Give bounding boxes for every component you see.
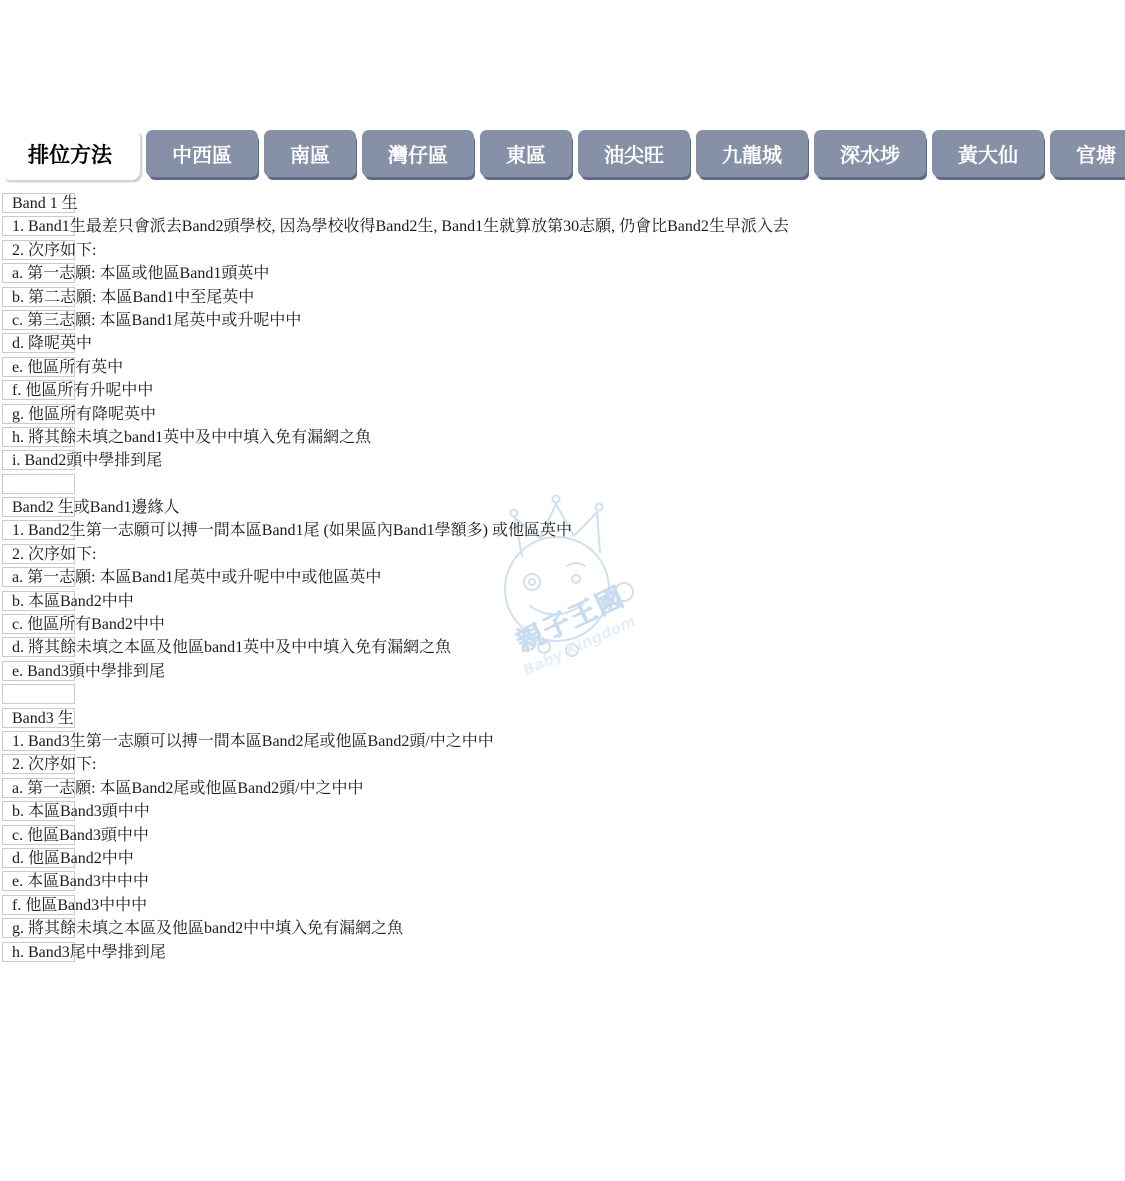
table-row: d. 他區Band2中中: [0, 848, 1125, 871]
table-row: [0, 684, 1125, 707]
table-row: f. 他區Band3中中中: [0, 895, 1125, 918]
row-text: g. 他區所有降呢英中: [12, 405, 156, 425]
table-row: b. 第二志願: 本區Band1中至尾英中: [0, 287, 1125, 310]
row-text: 1. Band1生最差只會派去Band2頭學校, 因為學校收得Band2生, B…: [12, 217, 789, 237]
row-text: b. 本區Band2中中: [12, 592, 134, 612]
row-text: i. Band2頭中學排到尾: [12, 451, 162, 471]
tab-central-western[interactable]: 中西區: [146, 130, 258, 177]
table-row: a. 第一志願: 本區Band2尾或他區Band2頭/中之中中: [0, 778, 1125, 801]
table-row: g. 他區所有降呢英中: [0, 404, 1125, 427]
row-text: 1. Band3生第一志願可以搏一間本區Band2尾或他區Band2頭/中之中中: [12, 732, 494, 752]
row-text: b. 第二志願: 本區Band1中至尾英中: [12, 288, 254, 308]
row-text: c. 他區所有Band2中中: [12, 615, 165, 635]
table-row: 1. Band2生第一志願可以搏一間本區Band1尾 (如果區內Band1學額多…: [0, 520, 1125, 543]
row-text: Band2 生或Band1邊緣人: [12, 498, 180, 518]
row-text: f. 他區所有升呢中中: [12, 381, 153, 401]
tab-kowloon-city[interactable]: 九龍城: [696, 130, 808, 177]
table-row: [0, 474, 1125, 497]
table-row: g. 將其餘未填之本區及他區band2中中填入免有漏網之魚: [0, 918, 1125, 941]
row-text: c. 第三志願: 本區Band1尾英中或升呢中中: [12, 311, 301, 331]
table-row: 2. 次序如下:: [0, 240, 1125, 263]
table-row: 1. Band3生第一志願可以搏一間本區Band2尾或他區Band2頭/中之中中: [0, 731, 1125, 754]
row-text: d. 降呢英中: [12, 334, 92, 354]
row-text: h. 將其餘未填之band1英中及中中填入免有漏網之魚: [12, 428, 371, 448]
table-row: f. 他區所有升呢中中: [0, 380, 1125, 403]
table-row: h. 將其餘未填之band1英中及中中填入免有漏網之魚: [0, 427, 1125, 450]
row-text: e. 他區所有英中: [12, 358, 123, 378]
row-text: e. 本區Band3中中中: [12, 872, 149, 892]
table-row: c. 他區Band3頭中中: [0, 825, 1125, 848]
row-text: h. Band3尾中學排到尾: [12, 943, 166, 963]
table-row: Band3 生: [0, 708, 1125, 731]
row-text: 2. 次序如下:: [12, 241, 96, 261]
table-row: e. 本區Band3中中中: [0, 871, 1125, 894]
row-text: Band3 生: [12, 709, 74, 729]
table-row: b. 本區Band3頭中中: [0, 801, 1125, 824]
table-row: d. 將其餘未填之本區及他區band1英中及中中填入免有漏網之魚: [0, 637, 1125, 660]
table-row: a. 第一志願: 本區Band1尾英中或升呢中中或他區英中: [0, 567, 1125, 590]
row-text: 2. 次序如下:: [12, 545, 96, 565]
tab-sham-shui-po[interactable]: 深水埗: [814, 130, 926, 177]
row-text: b. 本區Band3頭中中: [12, 802, 150, 822]
row-text: d. 將其餘未填之本區及他區band1英中及中中填入免有漏網之魚: [12, 638, 451, 658]
row-text: g. 將其餘未填之本區及他區band2中中填入免有漏網之魚: [12, 919, 403, 939]
district-tab-bar: 排位方法 中西區 南區 灣仔區 東區 油尖旺 九龍城 深水埗 黃大仙 官塘: [0, 130, 1125, 180]
table-row: 1. Band1生最差只會派去Band2頭學校, 因為學校收得Band2生, B…: [0, 216, 1125, 239]
tab-wong-tai-sin[interactable]: 黃大仙: [932, 130, 1044, 177]
row-text: 2. 次序如下:: [12, 755, 96, 775]
row-text: a. 第一志願: 本區Band1尾英中或升呢中中或他區英中: [12, 568, 381, 588]
table-row: h. Band3尾中學排到尾: [0, 942, 1125, 965]
table-row: 2. 次序如下:: [0, 544, 1125, 567]
tab-kwun-tong[interactable]: 官塘: [1050, 130, 1125, 177]
table-row: b. 本區Band2中中: [0, 591, 1125, 614]
table-row: d. 降呢英中: [0, 333, 1125, 356]
row-text: 1. Band2生第一志願可以搏一間本區Band1尾 (如果區內Band1學額多…: [12, 521, 572, 541]
tab-eastern[interactable]: 東區: [480, 130, 572, 177]
table-row: c. 第三志願: 本區Band1尾英中或升呢中中: [0, 310, 1125, 333]
table-row: e. 他區所有英中: [0, 357, 1125, 380]
row-text: f. 他區Band3中中中: [12, 896, 147, 916]
table-row: i. Band2頭中學排到尾: [0, 450, 1125, 473]
row-text: a. 第一志願: 本區Band2尾或他區Band2頭/中之中中: [12, 779, 364, 799]
row-text: e. Band3頭中學排到尾: [12, 662, 165, 682]
tab-ranking-method[interactable]: 排位方法: [0, 128, 140, 180]
row-text: Band 1 生: [12, 194, 78, 214]
tab-southern[interactable]: 南區: [264, 130, 356, 177]
rows-container: Band 1 生 1. Band1生最差只會派去Band2頭學校, 因為學校收得…: [0, 193, 1125, 965]
table-row: c. 他區所有Band2中中: [0, 614, 1125, 637]
table-row: 2. 次序如下:: [0, 754, 1125, 777]
row-text: d. 他區Band2中中: [12, 849, 134, 869]
row-cell-box: [2, 684, 75, 704]
table-row: Band2 生或Band1邊緣人: [0, 497, 1125, 520]
tab-yau-tsim-mong[interactable]: 油尖旺: [578, 130, 690, 177]
table-row: Band 1 生: [0, 193, 1125, 216]
tab-wan-chai[interactable]: 灣仔區: [362, 130, 474, 177]
table-row: e. Band3頭中學排到尾: [0, 661, 1125, 684]
row-text: c. 他區Band3頭中中: [12, 826, 149, 846]
table-row: a. 第一志願: 本區或他區Band1頭英中: [0, 263, 1125, 286]
row-cell-box: [2, 474, 75, 494]
row-text: a. 第一志願: 本區或他區Band1頭英中: [12, 264, 269, 284]
